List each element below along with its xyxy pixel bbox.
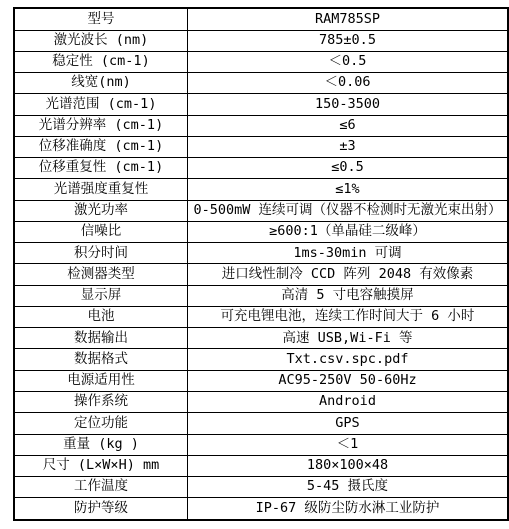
spec-row: 数据格式 Txt.csv.spc.pdf xyxy=(14,349,508,370)
spec-label: 工作温度 xyxy=(14,477,188,498)
spec-label: 光谱强度重复性 xyxy=(14,179,188,200)
spec-label: 防护等级 xyxy=(14,498,188,520)
spec-label: 激光功率 xyxy=(14,200,188,221)
spec-row: 防护等级 IP-67 级防尘防水淋工业防护 xyxy=(14,498,508,520)
spec-row: 数据输出 高速 USB,Wi-Fi 等 xyxy=(14,328,508,349)
spec-row: 光谱范围 (cm-1) 150-3500 xyxy=(14,94,508,115)
spec-label: 信噪比 xyxy=(14,221,188,242)
spec-value: ≤6 xyxy=(188,115,509,136)
spec-row: 信噪比 ≥600:1（单晶硅二级峰） xyxy=(14,221,508,242)
spec-label: 重量 (kg ) xyxy=(14,434,188,455)
spec-label: 位移重复性 (cm-1) xyxy=(14,158,188,179)
spec-label: 操作系统 xyxy=(14,392,188,413)
spec-value: 高清 5 寸电容触摸屏 xyxy=(188,285,509,306)
spec-label: 电池 xyxy=(14,306,188,327)
spec-label: 尺寸 (L×W×H) mm xyxy=(14,455,188,476)
spec-row: 型号 RAM785SP xyxy=(14,8,508,30)
spec-row: 操作系统 Android xyxy=(14,392,508,413)
spec-value: 进口线性制冷 CCD 阵列 2048 有效像素 xyxy=(188,264,509,285)
spec-row: 位移重复性 (cm-1) ≤0.5 xyxy=(14,158,508,179)
spec-value: ≤1% xyxy=(188,179,509,200)
spec-label: 光谱分辨率 (cm-1) xyxy=(14,115,188,136)
spec-value: ≤0.5 xyxy=(188,158,509,179)
spec-value: IP-67 级防尘防水淋工业防护 xyxy=(188,498,509,520)
spec-row: 显示屏 高清 5 寸电容触摸屏 xyxy=(14,285,508,306)
spec-table: 型号 RAM785SP 激光波长 (nm) 785±0.5 稳定性 (cm-1)… xyxy=(13,7,509,521)
spec-row: 尺寸 (L×W×H) mm 180×100×48 xyxy=(14,455,508,476)
spec-row: 稳定性 (cm-1) ＜0.5 xyxy=(14,51,508,72)
spec-label: 数据输出 xyxy=(14,328,188,349)
spec-row: 电池 可充电锂电池，连续工作时间大于 6 小时 xyxy=(14,306,508,327)
spec-value: AC95-250V 50-60Hz xyxy=(188,370,509,391)
spec-label: 显示屏 xyxy=(14,285,188,306)
spec-value: ＜1 xyxy=(188,434,509,455)
spec-row: 线宽(nm) ＜0.06 xyxy=(14,73,508,94)
spec-value: 785±0.5 xyxy=(188,30,509,51)
spec-row: 积分时间 1ms-30min 可调 xyxy=(14,243,508,264)
spec-label: 积分时间 xyxy=(14,243,188,264)
spec-label: 激光波长 (nm) xyxy=(14,30,188,51)
spec-row: 位移准确度 (cm-1) ±3 xyxy=(14,136,508,157)
spec-label: 线宽(nm) xyxy=(14,73,188,94)
spec-row: 激光波长 (nm) 785±0.5 xyxy=(14,30,508,51)
spec-label: 光谱范围 (cm-1) xyxy=(14,94,188,115)
spec-value: ＜0.5 xyxy=(188,51,509,72)
spec-label: 稳定性 (cm-1) xyxy=(14,51,188,72)
spec-row: 重量 (kg ) ＜1 xyxy=(14,434,508,455)
spec-row: 电源适用性 AC95-250V 50-60Hz xyxy=(14,370,508,391)
spec-label: 位移准确度 (cm-1) xyxy=(14,136,188,157)
spec-label: 定位功能 xyxy=(14,413,188,434)
spec-value: 150-3500 xyxy=(188,94,509,115)
spec-value: Android xyxy=(188,392,509,413)
spec-value: ＜0.06 xyxy=(188,73,509,94)
spec-value: RAM785SP xyxy=(188,8,509,30)
spec-value: 可充电锂电池，连续工作时间大于 6 小时 xyxy=(188,306,509,327)
spec-value: 0-500mW 连续可调（仪器不检测时无激光束出射） xyxy=(188,200,509,221)
spec-value: 高速 USB,Wi-Fi 等 xyxy=(188,328,509,349)
spec-label: 数据格式 xyxy=(14,349,188,370)
spec-label: 型号 xyxy=(14,8,188,30)
spec-row: 光谱强度重复性 ≤1% xyxy=(14,179,508,200)
spec-label: 检测器类型 xyxy=(14,264,188,285)
spec-row: 工作温度 5-45 摄氏度 xyxy=(14,477,508,498)
spec-value: GPS xyxy=(188,413,509,434)
spec-value: 1ms-30min 可调 xyxy=(188,243,509,264)
spec-value: ≥600:1（单晶硅二级峰） xyxy=(188,221,509,242)
spec-row: 检测器类型 进口线性制冷 CCD 阵列 2048 有效像素 xyxy=(14,264,508,285)
spec-row: 定位功能 GPS xyxy=(14,413,508,434)
spec-value: Txt.csv.spc.pdf xyxy=(188,349,509,370)
spec-value: 180×100×48 xyxy=(188,455,509,476)
spec-label: 电源适用性 xyxy=(14,370,188,391)
spec-value: ±3 xyxy=(188,136,509,157)
spec-row: 光谱分辨率 (cm-1) ≤6 xyxy=(14,115,508,136)
spec-row: 激光功率 0-500mW 连续可调（仪器不检测时无激光束出射） xyxy=(14,200,508,221)
spec-value: 5-45 摄氏度 xyxy=(188,477,509,498)
